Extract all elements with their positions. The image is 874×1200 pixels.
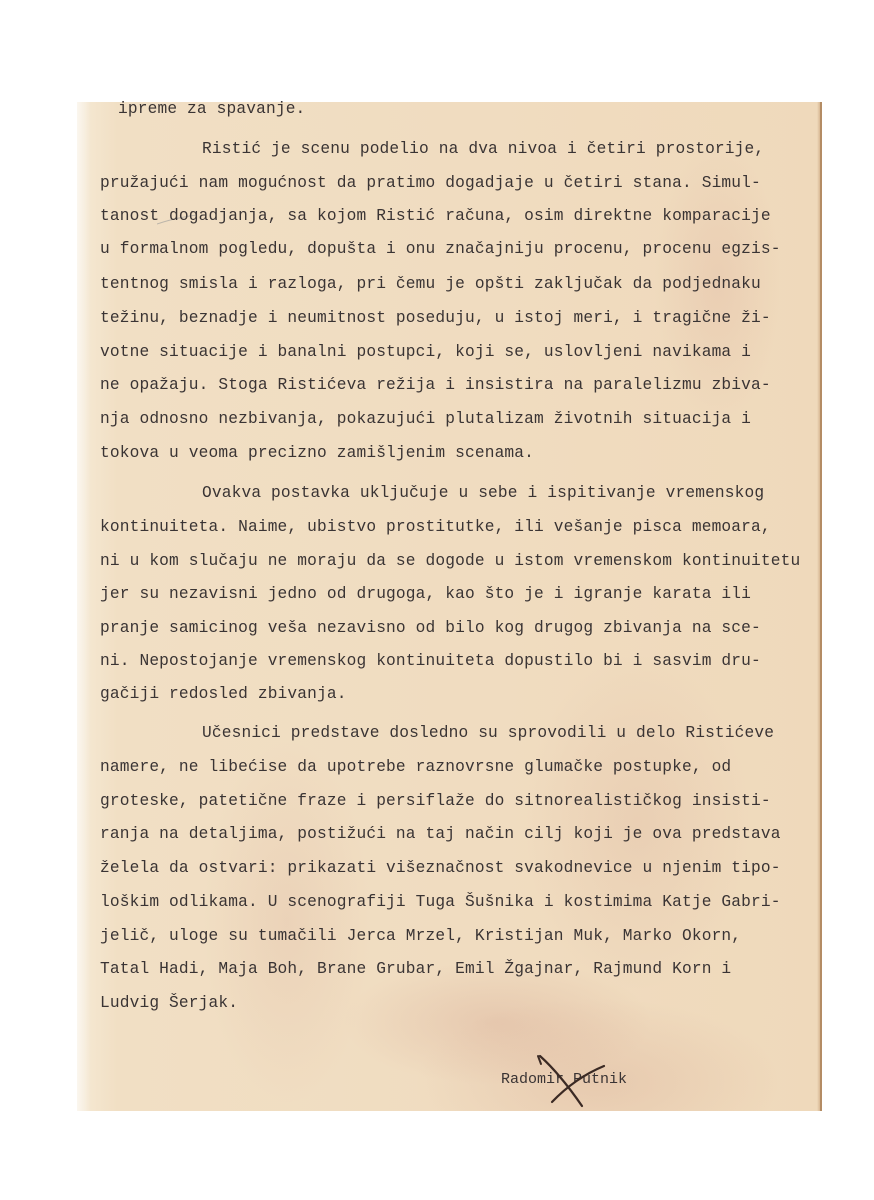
text-line: ipreme za spavanje. — [118, 99, 305, 119]
text-line: nja odnosno nezbivanja, pokazujući pluta… — [100, 409, 751, 429]
text-line: Tatal Hadi, Maja Boh, Brane Grubar, Emil… — [100, 959, 731, 979]
text-line: jelič, uloge su tumačili Jerca Mrzel, Kr… — [100, 926, 741, 946]
text-line: votne situacije i banalni postupci, koji… — [100, 342, 751, 362]
text-line: u formalnom pogledu, dopušta i onu znača… — [100, 239, 781, 259]
text-line: tentnog smisla i razloga, pri čemu je op… — [100, 274, 761, 294]
text-line: gačiji redosled zbivanja. — [100, 684, 347, 704]
text-line: Ovakva postavka uključuje u sebe i ispit… — [202, 483, 764, 503]
text-line: Ludvig Šerjak. — [100, 993, 238, 1013]
text-line: pranje samicinog veša nezavisno od bilo … — [100, 618, 761, 638]
text-line: ni u kom slučaju ne moraju da se dogode … — [100, 551, 800, 571]
text-line: Ristić je scenu podelio na dva nivoa i č… — [202, 139, 764, 159]
text-line: tanost dogadjanja, sa kojom Ristić račun… — [100, 206, 771, 226]
text-line: težinu, beznadje i neumitnost poseduju, … — [100, 308, 771, 328]
text-line: loškim odlikama. U scenografiji Tuga Šuš… — [100, 892, 781, 912]
text-line: groteske, patetične fraze i persiflaže d… — [100, 791, 771, 811]
text-line: namere, ne libećise da upotrebe raznovrs… — [100, 757, 731, 777]
text-line: kontinuiteta. Naime, ubistvo prostitutke… — [100, 517, 771, 537]
text-line: ne opažaju. Stoga Ristićeva režija i ins… — [100, 375, 771, 395]
text-line: ranja na detaljima, postižući na taj nač… — [100, 824, 781, 844]
text-line: pružajući nam mogućnost da pratimo dogad… — [100, 173, 761, 193]
handwritten-x-mark-icon — [530, 1050, 630, 1110]
text-line: ni. Nepostojanje vremenskog kontinuiteta… — [100, 651, 761, 671]
text-line: jer su nezavisni jedno od drugoga, kao š… — [100, 584, 751, 604]
text-line: Učesnici predstave dosledno su sprovodil… — [202, 723, 774, 743]
text-line: želela da ostvari: prikazati višeznačnos… — [100, 858, 781, 878]
text-line: tokova u veoma precizno zamišljenim scen… — [100, 443, 534, 463]
